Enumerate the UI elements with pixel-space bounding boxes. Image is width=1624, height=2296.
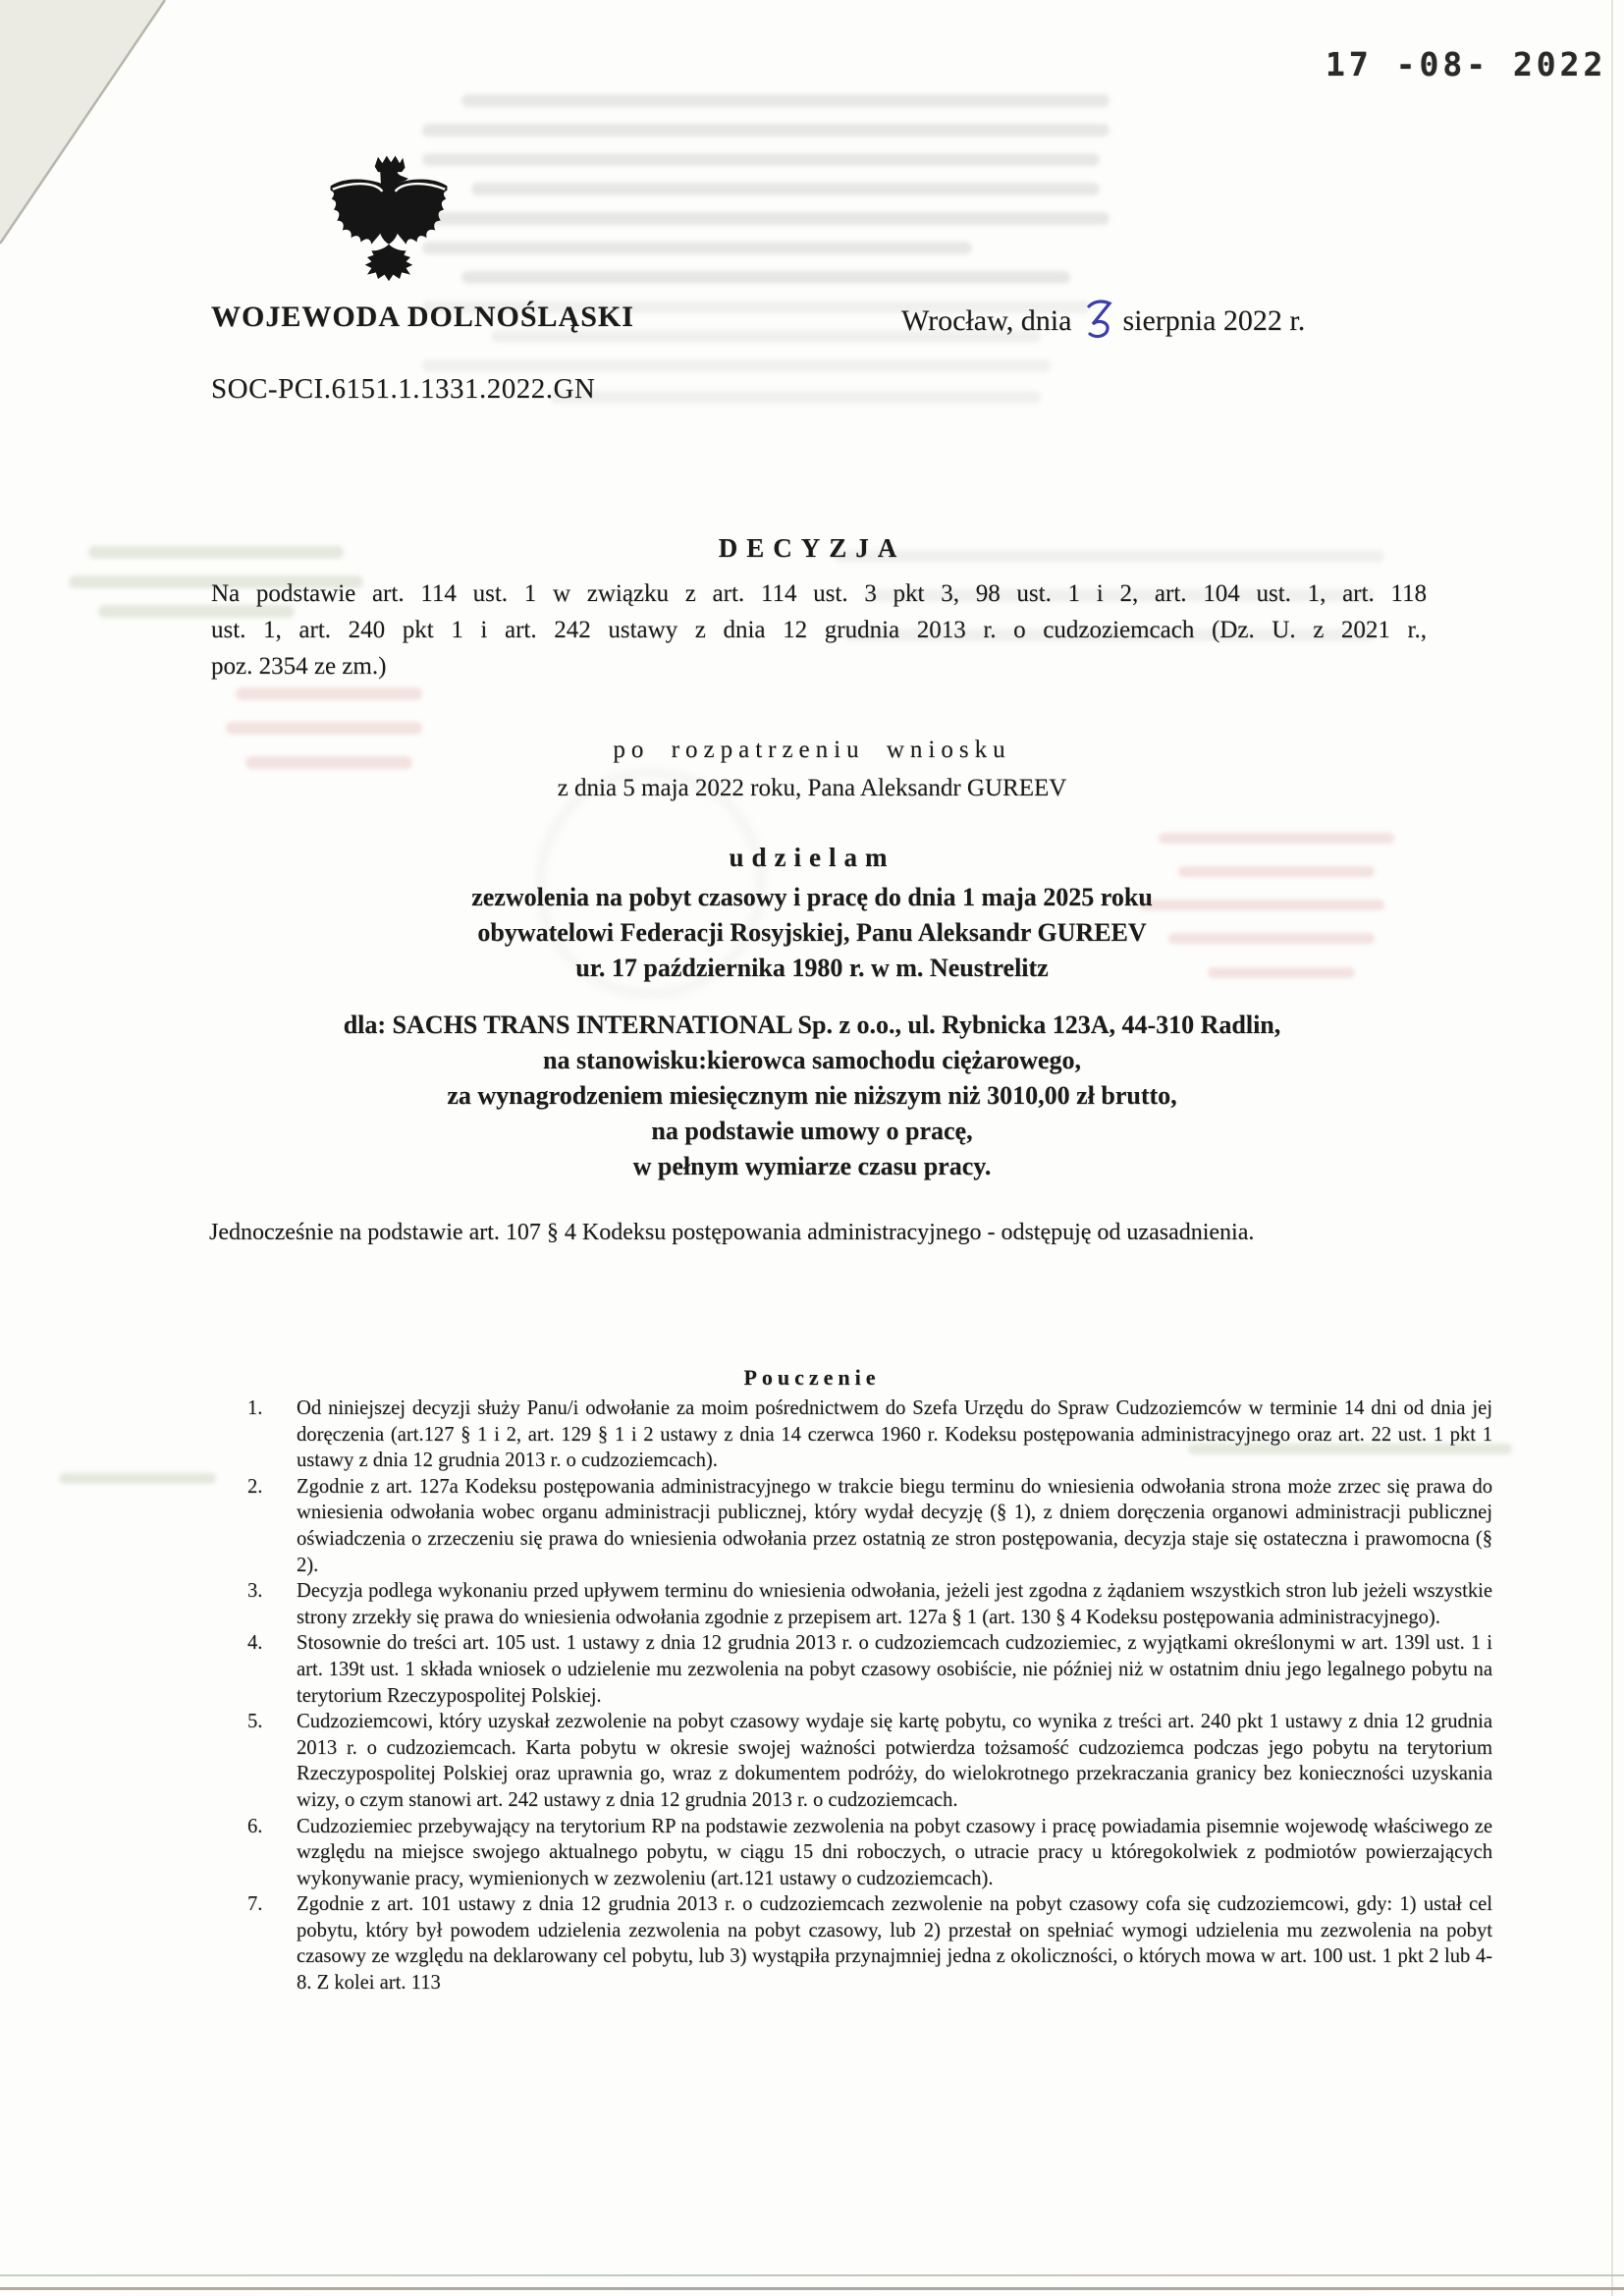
pouczenie-item: 6. Cudzoziemiec przebywający na terytori… [247, 1814, 1492, 1892]
item-number: 6. [247, 1814, 297, 1892]
grant-line: zezwolenia na pobyt czasowy i pracę do d… [0, 880, 1624, 915]
employer-line: na stanowisku:kierowca samochodu ciężaro… [0, 1043, 1624, 1078]
item-number: 3. [247, 1578, 297, 1630]
polish-eagle-emblem [324, 153, 454, 297]
pouczenie-item: 5. Cudzoziemcowi, który uzyskał zezwolen… [247, 1709, 1492, 1813]
employer-line: dla: SACHS TRANS INTERNATIONAL Sp. z o.o… [0, 1008, 1624, 1043]
item-number: 1. [247, 1395, 297, 1474]
employer-terms: dla: SACHS TRANS INTERNATIONAL Sp. z o.o… [0, 1008, 1624, 1184]
pouczenie-item: 1. Od niniejszej decyzji służy Panu/i od… [247, 1395, 1492, 1474]
item-number: 2. [247, 1474, 297, 1578]
legal-basis-line: poz. 2354 ze zm.) [211, 648, 1427, 684]
handwritten-day-numeral [1085, 297, 1114, 344]
item-number: 5. [247, 1709, 297, 1813]
item-text: Decyzja podlega wykonaniu przed upływem … [297, 1578, 1492, 1630]
decision-intro-line: po rozpatrzeniu wniosku [0, 737, 1624, 764]
legal-basis-line: ust. 1, art. 240 pkt 1 i art. 242 ustawy… [211, 612, 1427, 648]
item-text: Cudzoziemcowi, który uzyskał zezwolenie … [297, 1709, 1492, 1813]
page-bottom-edge-line [0, 2274, 1624, 2276]
item-text: Zgodnie z art. 127a Kodeksu postępowania… [297, 1474, 1492, 1578]
employer-line: za wynagrodzeniem miesięcznym nie niższy… [0, 1078, 1624, 1114]
grant-word: udzielam [0, 843, 1624, 873]
legal-basis-paragraph: Na podstawie art. 114 ust. 1 w związku z… [211, 575, 1427, 684]
page-bottom-edge-line [0, 2287, 1624, 2290]
received-date-stamp: 17 -08- 2022 [1326, 45, 1606, 83]
pouczenie-list: 1. Od niniejszej decyzji służy Panu/i od… [247, 1395, 1492, 1996]
page-right-edge-shadow [1611, 0, 1613, 2296]
grant-line: obywatelowi Federacji Rosyjskiej, Panu A… [0, 915, 1624, 951]
item-text: Cudzoziemiec przebywający na terytorium … [297, 1814, 1492, 1892]
item-number: 4. [247, 1630, 297, 1709]
decision-title: DECYZJA [0, 533, 1624, 564]
place-date-prefix: Wrocław, dnia [901, 304, 1071, 338]
pouczenie-item: 4. Stosownie do treści art. 105 ust. 1 u… [247, 1630, 1492, 1709]
scanned-decision-document: 17 -08- 2022 WOJEWODA DOLNOŚLĄSKI Wrocła… [0, 0, 1624, 2296]
place-date-line: Wrocław, dnia 3 sierpnia 2022 r. [901, 297, 1305, 338]
employer-line: na podstawie umowy o pracę, [0, 1114, 1624, 1149]
justification-waiver: Jednocześnie na podstawie art. 107 § 4 K… [209, 1220, 1254, 1246]
pouczenie-item: 2. Zgodnie z art. 127a Kodeksu postępowa… [247, 1474, 1492, 1578]
grant-line: ur. 17 października 1980 r. w m. Neustre… [0, 951, 1624, 986]
grant-terms: zezwolenia na pobyt czasowy i pracę do d… [0, 880, 1624, 986]
pouczenie-heading: Pouczenie [0, 1365, 1624, 1391]
pouczenie-item: 7. Zgodnie z art. 101 ustawy z dnia 12 g… [247, 1891, 1492, 1995]
case-number: SOC-PCI.6151.1.1331.2022.GN [211, 373, 595, 406]
decision-intro-line: z dnia 5 maja 2022 roku, Pana Aleksandr … [0, 775, 1624, 802]
page-fold-corner [0, 0, 177, 255]
item-text: Od niniejszej decyzji służy Panu/i odwoł… [297, 1395, 1492, 1474]
place-date-suffix: sierpnia 2022 r. [1122, 304, 1305, 338]
pouczenie-item: 3. Decyzja podlega wykonaniu przed upływ… [247, 1578, 1492, 1630]
item-text: Zgodnie z art. 101 ustawy z dnia 12 grud… [297, 1891, 1492, 1995]
item-text: Stosownie do treści art. 105 ust. 1 usta… [297, 1630, 1492, 1709]
issuer-title: WOJEWODA DOLNOŚLĄSKI [211, 301, 634, 334]
legal-basis-line: Na podstawie art. 114 ust. 1 w związku z… [211, 575, 1427, 612]
item-number: 7. [247, 1891, 297, 1995]
employer-line: w pełnym wymiarze czasu pracy. [0, 1149, 1624, 1184]
